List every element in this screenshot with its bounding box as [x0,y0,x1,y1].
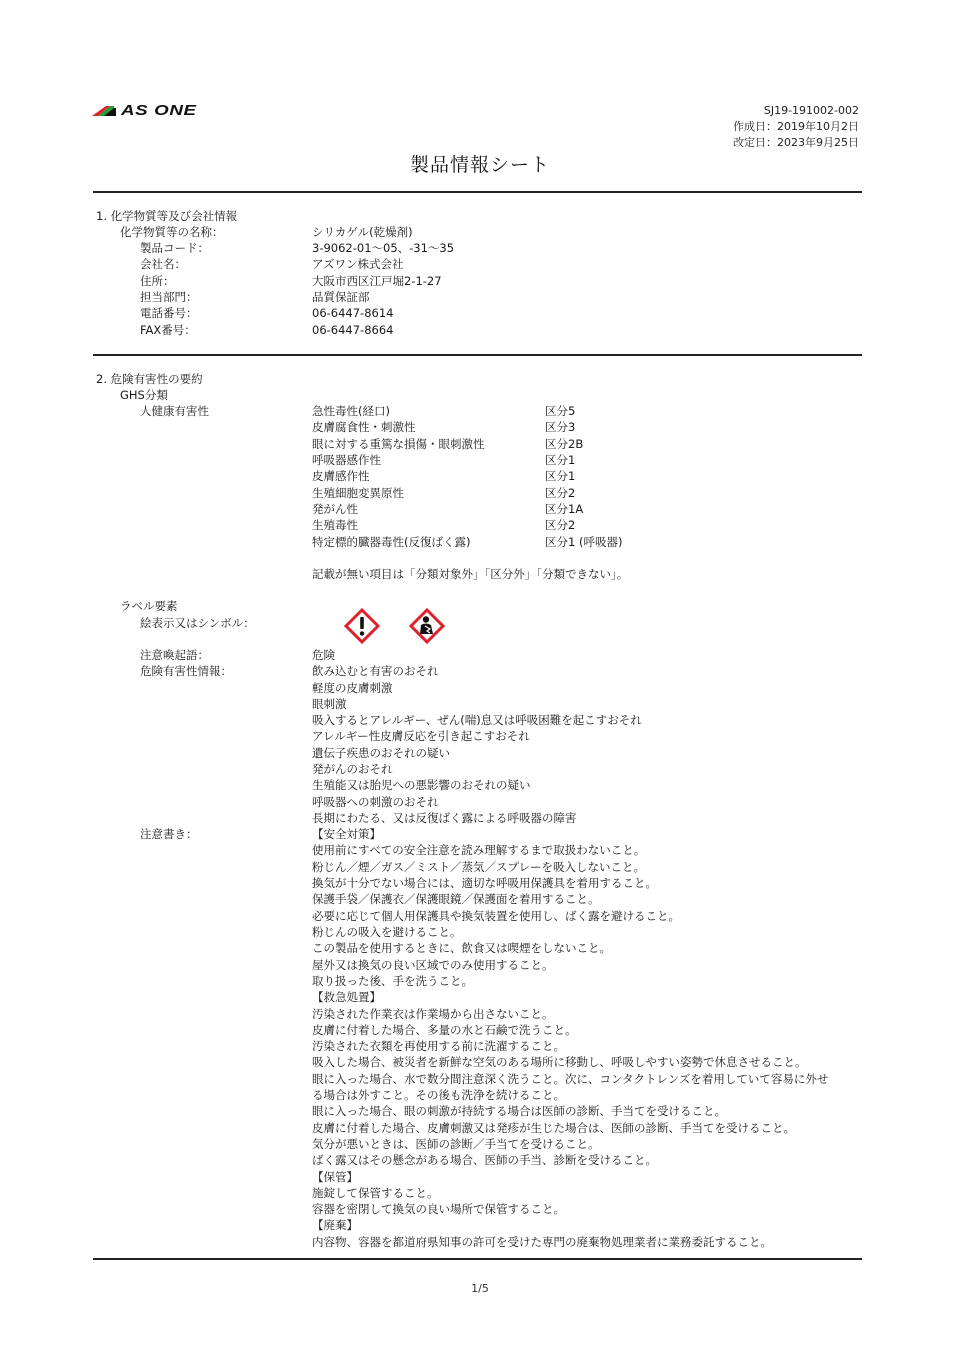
hazard-class: 皮膚感作性 [312,468,370,484]
precaution-statement: 皮膚に付着した場合、皮膚刺激又は発疹が生じた場合は、医師の診断、手当てを受けるこ… [312,1120,795,1136]
page-number: 1/5 [0,1282,960,1295]
hazard-category: 区分1 [545,468,575,484]
hazard-statement: 吸入するとアレルギー、ぜん(喘)息又は呼吸困難を起こすおそれ [312,712,642,728]
precaution-statement: 汚染された衣類を再使用する前に洗濯すること。 [312,1038,565,1054]
hazard-class: 急性毒性(経口) [312,403,390,419]
precaution-statement: 気分が悪いときは、医師の診断／手当てを受けること。 [312,1136,600,1152]
precaution-statement: ばく露又はその懸念がある場合、医師の手当、診断を受けること。 [312,1152,657,1168]
hazard-class: 生殖毒性 [312,517,358,533]
hazard-statement: 軽度の皮膚刺激 [312,680,393,696]
divider [93,191,862,193]
hazard-category: 区分2B [545,436,583,452]
classification-note: 記載が無い項目は「分類対象外」「区分外」「分類できない」。 [312,566,628,582]
hazard-category: 区分1 (呼吸器) [545,534,622,550]
hazard-statement: 飲み込むと有害のおそれ [312,663,439,679]
label-elements-heading: ラベル要素 [120,598,178,614]
precaution-heading: 【救急処置】 [312,989,381,1005]
section-1-title: 1. 化学物質等及び会社情報 [96,208,237,224]
revised-date: 改定日：2023年9月25日 [733,135,859,151]
field-value: 06-6447-8614 [312,305,393,321]
precaution-statement: 汚染された作業衣は作業場から出さないこと。 [312,1006,554,1022]
hazard-statement: 生殖能又は胎児への悪影響のおそれの疑い [312,777,531,793]
page-title: 製品情報シート [0,150,960,177]
hazard-statement: 遺伝子疾患のおそれの疑い [312,745,450,761]
field-value: 品質保証部 [312,289,370,305]
hazard-class: 特定標的臓器毒性(反復ばく露) [312,534,470,550]
field-label: 製品コード： [140,240,209,256]
hazard-category: 区分5 [545,403,575,419]
exclamation-mark-pictogram-icon [344,608,380,644]
hazard-category: 区分1 [545,452,575,468]
health-hazard-pictogram-icon [409,608,445,644]
hazard-statement: 眼刺激 [312,696,347,712]
hazard-class: 皮膚腐食性・刺激性 [312,419,416,435]
precaution-heading: 【廃棄】 [312,1217,358,1233]
field-label: 担当部門： [140,289,198,305]
logo-mark-icon [92,104,118,116]
hazard-statements-label: 危険有害性情報： [140,663,232,679]
hazard-category: 区分1A [545,501,583,517]
precaution-statement: 皮膚に付着した場合、多量の水と石鹸で洗うこと。 [312,1022,577,1038]
precaution-statement: 屋外又は換気の良い区域でのみ使用すること。 [312,957,554,973]
precaution-statement: 使用前にすべての安全注意を読み理解するまで取扱わないこと。 [312,842,645,858]
precaution-statement: この製品を使用するときに、飲食又は喫煙をしないこと。 [312,940,611,956]
field-label: FAX番号： [140,322,196,338]
document-meta: SJ19-191002-002 作成日：2019年10月2日 改定日：2023年… [733,103,859,151]
field-label: 会社名： [140,256,186,272]
hazard-class: 生殖細胞変異原性 [312,485,404,501]
hazard-statement: 発がんのおそれ [312,761,393,777]
signal-word-label: 注意喚起語： [140,647,209,663]
precaution-statement: 眼に入った場合、水で数分間注意深く洗うこと。次に、コンタクトレンズを着用していて… [312,1071,828,1087]
precaution-statement: 換気が十分でない場合には、適切な呼吸用保護具を着用すること。 [312,875,657,891]
hazard-class: 呼吸器感作性 [312,452,381,468]
company-logo: AS ONE [92,102,182,118]
precaution-statement: 取り扱った後、手を洗うこと。 [312,973,473,989]
hazard-class: 眼に対する重篤な損傷・眼刺激性 [312,436,485,452]
precautions-label: 注意書き： [140,826,198,842]
hazard-statement: 長期にわたる、又は反復ばく露による呼吸器の障害 [312,810,577,826]
divider [93,354,862,356]
precaution-statement: る場合は外すこと。その後も洗浄を続けること。 [312,1087,565,1103]
precaution-heading: 【保管】 [312,1169,358,1185]
precaution-statement: 粉じんの吸入を避けること。 [312,924,462,940]
field-value: シリカゲル(乾燥剤) [312,224,413,240]
pictogram-label: 絵表示又はシンボル： [140,615,255,631]
field-label: 電話番号： [140,305,198,321]
precaution-statement: 眼に入った場合、眼の刺激が持続する場合は医師の診断、手当てを受けること。 [312,1103,726,1119]
field-value: 3-9062-01～05、-31～35 [312,240,454,256]
signal-word: 危険 [312,647,335,663]
precaution-statement: 粉じん／煙／ガス／ミスト／蒸気／スプレーを吸入しないこと。 [312,859,645,875]
document-number: SJ19-191002-002 [733,103,859,119]
precaution-statement: 吸入した場合、被災者を新鮮な空気のある場所に移動し、呼吸しやすい姿勢で休息させる… [312,1054,807,1070]
precaution-statement: 容器を密閉して換気の良い場所で保管すること。 [312,1201,565,1217]
precaution-heading: 【安全対策】 [312,826,381,842]
section-2-title: 2. 危険有害性の要約 [96,371,203,387]
precaution-statement: 内容物、容器を都道府県知事の許可を受けた専門の廃棄物処理業者に業務委託すること。 [312,1234,772,1250]
ghs-classification-label: GHS分類 [120,387,168,403]
logo-text: AS ONE [121,102,197,119]
hazard-statement: アレルギー性皮膚反応を引き起こすおそれ [312,728,530,744]
field-value: 大阪市西区江戸堀2-1-27 [312,273,442,289]
precaution-statement: 保護手袋／保護衣／保護眼鏡／保護面を着用すること。 [312,891,600,907]
hazard-category: 区分3 [545,419,575,435]
field-label: 住所： [140,273,175,289]
hazard-class: 発がん性 [312,501,358,517]
precaution-statement: 必要に応じて個人用保護具や換気装置を使用し、ばく露を避けること。 [312,908,680,924]
field-value: 06-6447-8664 [312,322,393,338]
hazard-category: 区分2 [545,517,575,533]
hazard-category: 区分2 [545,485,575,501]
field-label: 化学物質等の名称： [120,224,224,240]
divider [93,1258,862,1260]
health-hazard-label: 人健康有害性 [140,403,209,419]
hazard-statement: 呼吸器への刺激のおそれ [312,794,439,810]
field-value: アズワン株式会社 [312,256,404,272]
precaution-statement: 施錠して保管すること。 [312,1185,439,1201]
created-date: 作成日：2019年10月2日 [733,119,859,135]
